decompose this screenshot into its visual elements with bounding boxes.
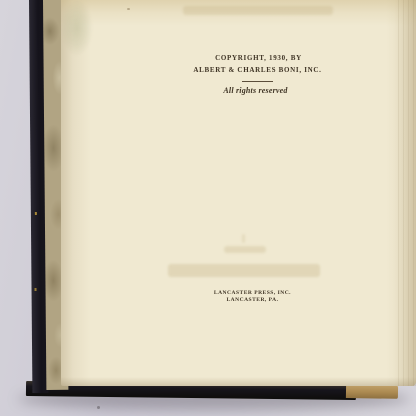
book-cover-corner bbox=[346, 384, 398, 399]
rights-reserved-line: All rights reserved bbox=[95, 86, 416, 95]
gilt-speck bbox=[35, 212, 37, 215]
page-speck bbox=[127, 8, 130, 10]
copyright-line-2: ALBERT & CHARLES BONI, INC. bbox=[99, 66, 416, 74]
show-through-smudge bbox=[224, 246, 266, 253]
separator-rule bbox=[242, 81, 273, 82]
gilt-speck bbox=[35, 288, 37, 291]
book-page: COPYRIGHT, 1930, BY ALBERT & CHARLES BON… bbox=[61, 0, 416, 386]
printer-imprint-line-2: LANCASTER, PA. bbox=[89, 297, 416, 303]
show-through-smudge bbox=[168, 264, 320, 277]
show-through-colophon-oval bbox=[61, 0, 93, 56]
show-through-smudge bbox=[242, 234, 245, 243]
book-copyright-page-photo: COPYRIGHT, 1930, BY ALBERT & CHARLES BON… bbox=[0, 0, 416, 416]
show-through-smudge bbox=[183, 6, 333, 15]
printer-imprint-line-1: LANCASTER PRESS, INC. bbox=[89, 290, 416, 296]
copyright-line-1: COPYRIGHT, 1930, BY bbox=[101, 54, 416, 62]
